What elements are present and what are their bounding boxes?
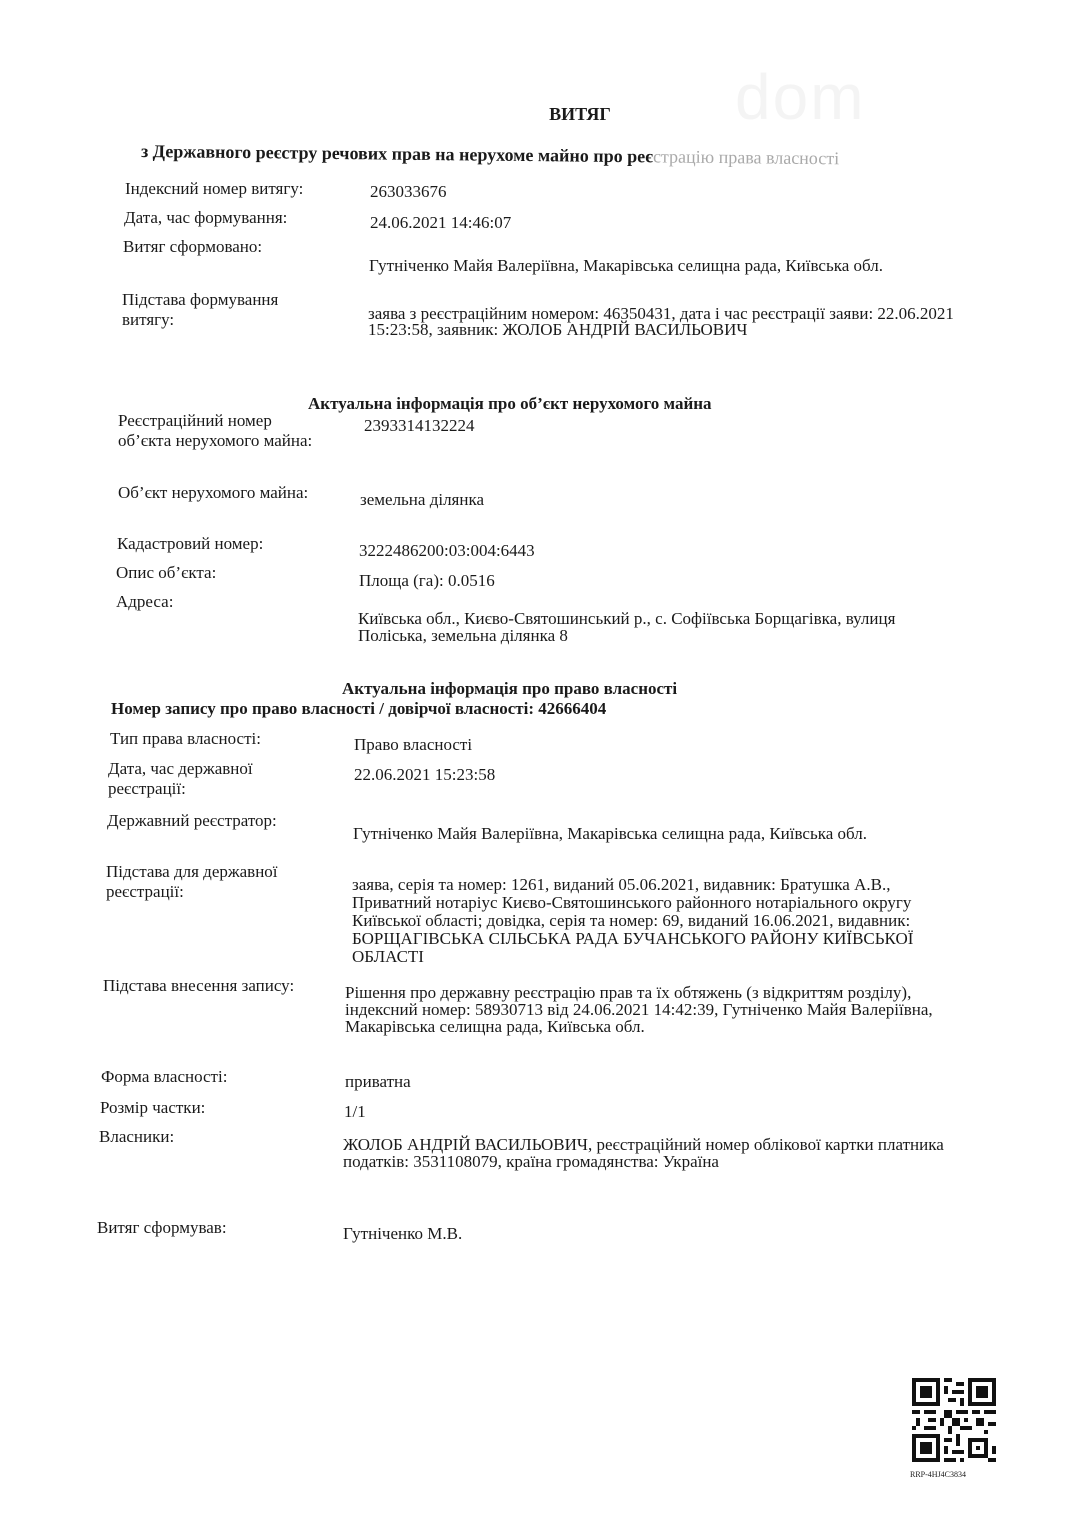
ownership-row: Розмір частки: 1/1: [100, 1099, 944, 1120]
object-row: Об’єкт нерухомого майна: земельна ділянк…: [118, 483, 960, 508]
field-value: 22.06.2021 15:23:58: [354, 766, 954, 799]
field-label: Тип права власності:: [110, 730, 354, 753]
field-value: Гутніченко Майя Валеріївна, Макарівська …: [369, 259, 964, 273]
extract-row: Індексний номер витягу: 263033676: [125, 180, 970, 200]
object-row: Адреса: Київська обл., Києво-Святошинськ…: [116, 593, 963, 644]
field-value: ЖОЛОБ АНДРІЙ ВАСИЛЬОВИЧ, реєстраційний н…: [343, 1136, 963, 1170]
subtitle-bold: з Державного реєстру речових прав на нер…: [141, 141, 653, 166]
subtitle-faded: страцію права власності: [653, 146, 839, 168]
document-subtitle: з Державного реєстру речових прав на нер…: [141, 141, 839, 169]
field-value: Гутніченко Майя Валеріївна, Макарівська …: [353, 826, 948, 841]
ownership-row: Форма власності: приватна: [101, 1068, 945, 1090]
signed-label: Витяг сформував:: [97, 1219, 343, 1242]
ownership-row: Підстава внесення запису: Рішення про де…: [103, 976, 955, 1035]
field-value: Право власності: [354, 736, 954, 753]
field-label: Дата, час державної реєстрації:: [108, 759, 308, 799]
field-value: 24.06.2021 14:46:07: [370, 214, 970, 231]
section-heading-ownership: Актуальна інформація про право власності: [342, 679, 677, 699]
field-value: заява з реєстраційним номером: 46350431,…: [368, 306, 988, 338]
signature-row: Витяг сформував: Гутніченко М.В.: [97, 1219, 643, 1242]
document-title: ВИТЯГ: [0, 104, 1080, 125]
field-label: Підстава для державної реєстрації:: [106, 862, 326, 966]
field-label: Підстава формування витягу:: [122, 290, 322, 338]
field-value: Київська обл., Києво-Святошинський р., с…: [358, 610, 963, 644]
ownership-row: Дата, час державної реєстрації: 22.06.20…: [108, 759, 954, 799]
field-value: 3222486200:03:004:6443: [359, 542, 959, 559]
field-value: приватна: [345, 1073, 945, 1090]
extract-row: Підстава формування витягу: заява з реєс…: [122, 290, 988, 338]
record-number-heading: Номер запису про право власності / довір…: [111, 699, 606, 719]
field-label: Форма власності:: [101, 1068, 345, 1090]
field-label: Витяг сформовано:: [123, 238, 369, 273]
ownership-row: Державний реєстратор: Гутніченко Майя Ва…: [107, 812, 948, 841]
field-label: Індексний номер витягу:: [125, 180, 370, 200]
qr-code-text: RRP-4HJ4C3834: [910, 1470, 966, 1479]
field-value: 2393314132224: [364, 417, 964, 451]
field-label: Опис об’єкта:: [116, 564, 359, 589]
field-label: Державний реєстратор:: [107, 812, 353, 841]
extract-row: Дата, час формування: 24.06.2021 14:46:0…: [124, 209, 970, 231]
ownership-row: Підстава для державної реєстрації: заява…: [106, 862, 962, 966]
field-value: земельна ділянка: [360, 491, 960, 508]
extract-row: Витяг сформовано: Гутніченко Майя Валері…: [123, 238, 964, 273]
field-label: Адреса:: [116, 593, 358, 644]
field-value: 263033676: [370, 183, 970, 200]
field-value: 1/1: [344, 1103, 944, 1120]
ownership-row: Тип права власності: Право власності: [110, 730, 954, 753]
field-value: Площа (га): 0.0516: [359, 572, 959, 589]
qr-code-icon: [912, 1378, 996, 1462]
field-value: Рішення про державну реєстрацію прав та …: [345, 984, 955, 1035]
object-row: Опис об’єкта: Площа (га): 0.0516: [116, 564, 959, 589]
field-label: Підстава внесення запису:: [103, 976, 303, 1035]
field-label: Реєстраційний номер об’єкта нерухомого м…: [118, 411, 318, 451]
signed-value: Гутніченко М.В.: [343, 1225, 643, 1242]
field-label: Об’єкт нерухомого майна:: [118, 483, 318, 508]
ownership-row: Власники: ЖОЛОБ АНДРІЙ ВАСИЛЬОВИЧ, реєст…: [99, 1128, 963, 1170]
field-label: Власники:: [99, 1128, 343, 1170]
field-label: Дата, час формування:: [124, 209, 370, 231]
field-value: заява, серія та номер: 1261, виданий 05.…: [352, 876, 962, 966]
field-label: Кадастровий номер:: [117, 535, 359, 559]
object-row: Реєстраційний номер об’єкта нерухомого м…: [118, 411, 964, 451]
object-row: Кадастровий номер: 3222486200:03:004:644…: [117, 535, 959, 559]
field-label: Розмір частки:: [100, 1099, 344, 1120]
